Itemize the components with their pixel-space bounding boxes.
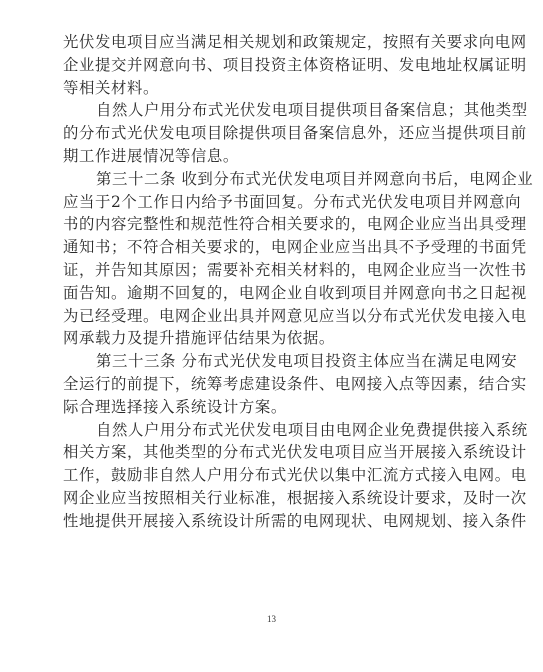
text-line: 应当于2个工作日内给予书面回复。分布式光伏发电项目并网意向: [63, 191, 447, 214]
text-line: 等相关材料。: [63, 77, 447, 100]
text-line: 通知书；不符合相关要求的，电网企业应当出具不予受理的书面凭: [63, 236, 447, 259]
article-32: 第三十二条 收到分布式光伏发电项目并网意向书后，电网企业 应当于2个工作日内给予…: [63, 168, 447, 350]
text-line: 工作，鼓励非自然人户用分布式光伏以集中汇流方式接入电网。电: [63, 464, 447, 487]
paragraph-continuation: 光伏发电项目应当满足相关规划和政策规定，按照有关要求向电网 企业提交并网意向书、…: [63, 31, 447, 99]
text-line: 性地提供开展接入系统设计所需的电网现状、电网规划、接入条件: [63, 510, 447, 533]
text-line: 光伏发电项目应当满足相关规划和政策规定，按照有关要求向电网: [63, 31, 447, 54]
paragraph-filing-info: 自然人户用分布式光伏发电项目提供项目备案信息；其他类型 的分布式光伏发电项目除提…: [63, 99, 447, 167]
text-line: 为已经受理。电网企业出具并网意见应当以分布式光伏发电接入电: [63, 305, 447, 328]
document-body: 光伏发电项目应当满足相关规划和政策规定，按照有关要求向电网 企业提交并网意向书、…: [63, 31, 447, 533]
text-line: 际合理选择接入系统设计方案。: [63, 396, 447, 419]
text-line: 相关方案，其他类型的分布式光伏发电项目应当开展接入系统设计: [63, 441, 447, 464]
text-line: 网承载力及提升措施评估结果为依据。: [63, 327, 447, 350]
text-line: 自然人户用分布式光伏发电项目由电网企业免费提供接入系统: [63, 419, 447, 442]
text-line: 全运行的前提下，统筹考虑建设条件、电网接入点等因素，结合实: [63, 373, 447, 396]
paragraph-access-system: 自然人户用分布式光伏发电项目由电网企业免费提供接入系统 相关方案，其他类型的分布…: [63, 419, 447, 533]
text-line: 第三十三条 分布式光伏发电项目投资主体应当在满足电网安: [63, 350, 447, 373]
text-line: 的分布式光伏发电项目除提供项目备案信息外，还应当提供项目前: [63, 122, 447, 145]
text-line: 第三十二条 收到分布式光伏发电项目并网意向书后，电网企业: [63, 168, 447, 191]
text-line: 期工作进展情况等信息。: [63, 145, 447, 168]
article-33: 第三十三条 分布式光伏发电项目投资主体应当在满足电网安 全运行的前提下，统筹考虑…: [63, 350, 447, 418]
text-line: 面告知。逾期不回复的，电网企业自收到项目并网意向书之日起视: [63, 282, 447, 305]
document-page: 光伏发电项目应当满足相关规划和政策规定，按照有关要求向电网 企业提交并网意向书、…: [0, 0, 543, 672]
text-line: 证，并告知其原因；需要补充相关材料的，电网企业应当一次性书: [63, 259, 447, 282]
text-line: 企业提交并网意向书、项目投资主体资格证明、发电地址权属证明: [63, 54, 447, 77]
text-line: 网企业应当按照相关行业标准，根据接入系统设计要求，及时一次: [63, 487, 447, 510]
page-number: 13: [0, 614, 543, 624]
text-line: 自然人户用分布式光伏发电项目提供项目备案信息；其他类型: [63, 99, 447, 122]
text-line: 书的内容完整性和规范性符合相关要求的，电网企业应当出具受理: [63, 213, 447, 236]
